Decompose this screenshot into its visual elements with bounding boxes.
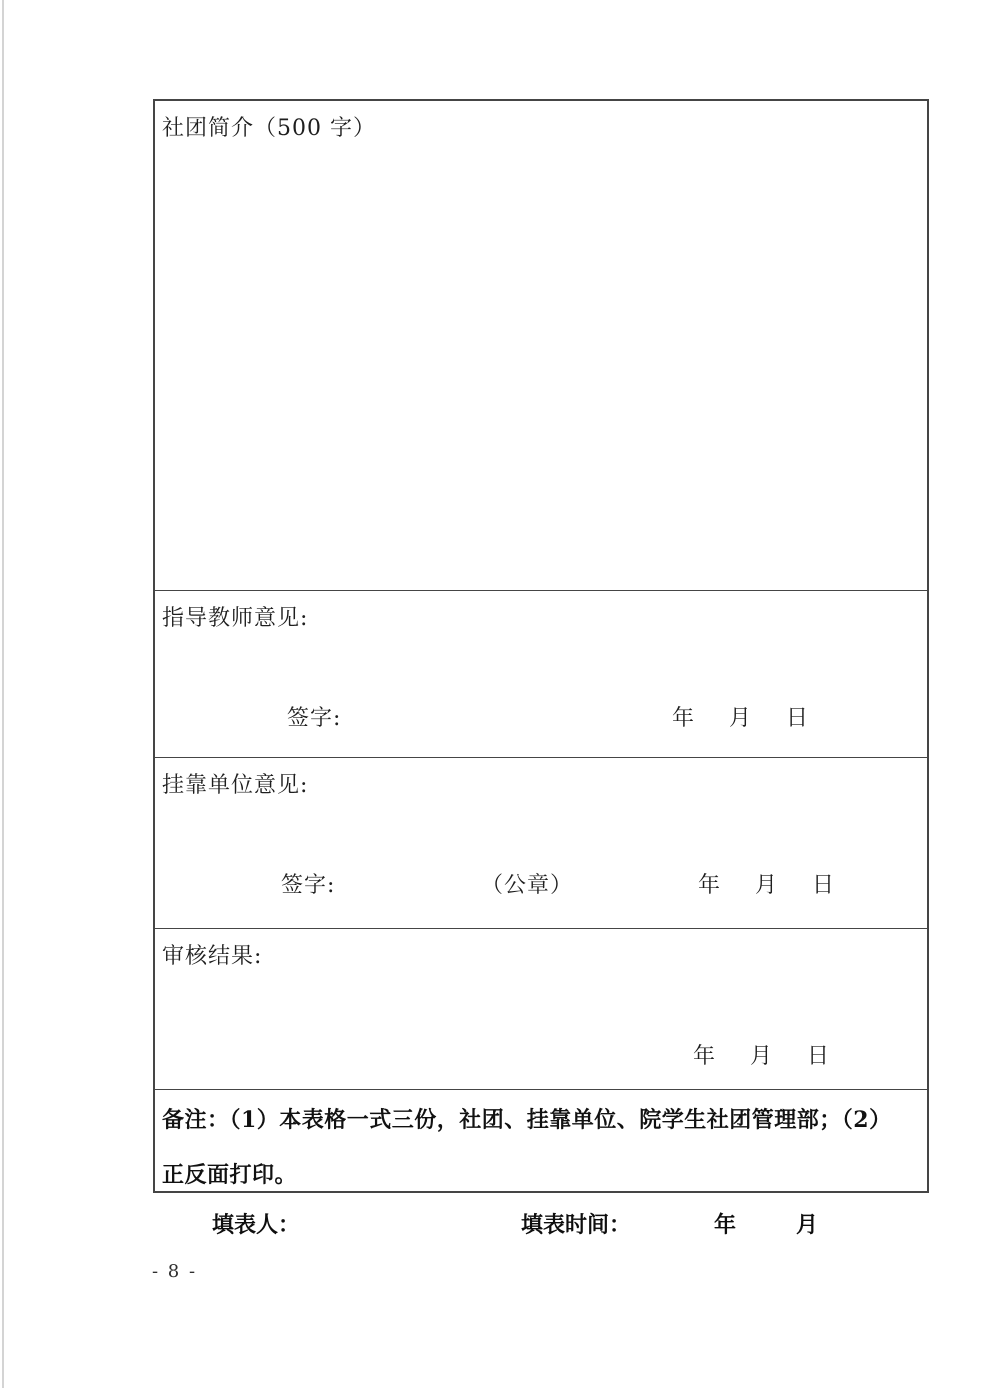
affiliate-date-label: 年 月 日 bbox=[698, 868, 834, 899]
advisor-date-label: 年 月 日 bbox=[672, 701, 808, 732]
fill-time-label: 填表时间： bbox=[521, 1208, 631, 1239]
affiliate-official-seal-label: （公章） bbox=[481, 868, 573, 899]
fill-time-month-label: 月 bbox=[796, 1208, 818, 1239]
page-left-edge-line bbox=[2, 0, 4, 1388]
review-result-cell: 审核结果: 年 月 日 bbox=[155, 928, 927, 1089]
affiliate-unit-opinion-label: 挂靠单位意见: bbox=[162, 768, 308, 799]
fill-time-year-label: 年 bbox=[714, 1208, 736, 1239]
review-result-label: 审核结果: bbox=[162, 939, 262, 970]
notes-text-line-2: 正反面打印。 bbox=[162, 1158, 297, 1189]
club-intro-cell: 社团简介（500 字） bbox=[155, 101, 927, 590]
club-registration-form-table: 社团简介（500 字） 指导教师意见: 签字: 年 月 日 挂靠单位意见: 签字… bbox=[153, 99, 929, 1193]
advisor-opinion-label: 指导教师意见: bbox=[162, 601, 308, 632]
club-intro-label: 社团简介（500 字） bbox=[162, 111, 376, 142]
notes-cell: 备注：（1）本表格一式三份，社团、挂靠单位、院学生社团管理部；（2） 正反面打印… bbox=[155, 1089, 927, 1191]
review-date-label: 年 月 日 bbox=[693, 1039, 829, 1070]
scanned-form-page: { "form": { "intro": { "label": "社团简介（50… bbox=[0, 0, 1000, 1388]
advisor-signature-label: 签字: bbox=[287, 701, 341, 732]
page-number: - 8 - bbox=[152, 1261, 197, 1282]
affiliate-signature-label: 签字: bbox=[281, 868, 335, 899]
notes-text-line-1: 备注：（1）本表格一式三份，社团、挂靠单位、院学生社团管理部；（2） bbox=[162, 1103, 892, 1134]
advisor-opinion-cell: 指导教师意见: 签字: 年 月 日 bbox=[155, 590, 927, 757]
affiliate-unit-opinion-cell: 挂靠单位意见: 签字: （公章） 年 月 日 bbox=[155, 757, 927, 928]
form-filler-label: 填表人： bbox=[212, 1208, 300, 1239]
